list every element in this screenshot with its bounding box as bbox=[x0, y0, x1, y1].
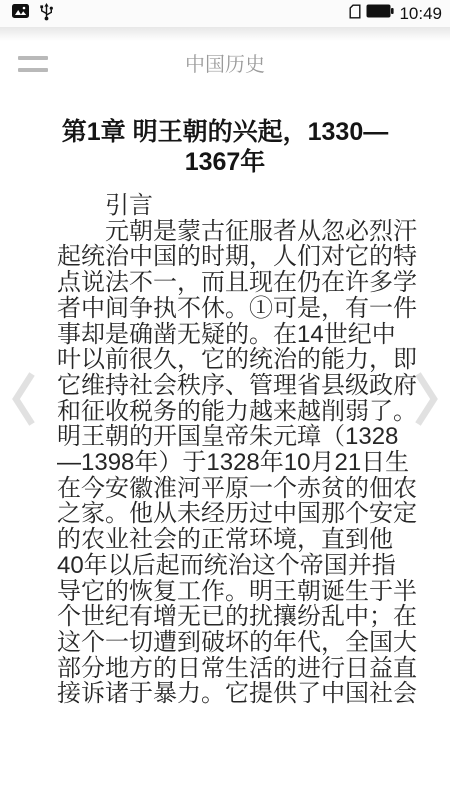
clock-time: 10:49 bbox=[399, 5, 442, 22]
text-line: 导它的恢复工作。明王朝诞生于半 bbox=[57, 579, 430, 605]
chevron-left-icon bbox=[9, 370, 39, 431]
text-line: 部分地方的日常生活的进行日益直 bbox=[57, 656, 430, 682]
text-line: 叶以前很久，它的统治的能力，即 bbox=[57, 347, 430, 373]
text-line: 元朝是蒙古征服者从忽必烈汗 bbox=[57, 219, 430, 245]
app-header: 中国历史 bbox=[0, 27, 450, 97]
chapter-body: 引言 元朝是蒙古征服者从忽必烈汗起统治中国的时期，人们对它的特点说法不一，而且现… bbox=[57, 193, 430, 707]
text-line: 40年以后起而统治这个帝国并指 bbox=[57, 553, 430, 579]
chevron-right-icon bbox=[411, 370, 441, 431]
hamburger-line bbox=[18, 56, 48, 60]
next-page-button[interactable] bbox=[408, 370, 444, 430]
text-line: —1398年）于1328年10月21日生 bbox=[57, 450, 430, 476]
sdcard-icon bbox=[349, 4, 361, 24]
text-line: 者中间争执不休。①可是，有一件 bbox=[57, 296, 430, 322]
text-line: 明王朝的开国皇帝朱元璋（1328 bbox=[57, 424, 430, 450]
gallery-icon bbox=[12, 4, 29, 23]
status-bar-right: 10:49 bbox=[349, 4, 442, 24]
text-line: 这个一切遭到破坏的年代，全国大 bbox=[57, 630, 430, 656]
header-shadow bbox=[0, 27, 450, 41]
chapter-title-line: 1367年 bbox=[185, 148, 266, 176]
usb-icon bbox=[39, 2, 54, 26]
text-line: 个世纪有增无已的扰攘纷乱中；在 bbox=[57, 604, 430, 630]
hamburger-menu-icon[interactable] bbox=[18, 56, 48, 72]
reader-screen: 10:49 中国历史 第1章 明王朝的兴起，1330— 1367年 引言 元朝是… bbox=[0, 0, 450, 800]
text-line: 的农业社会的正常环境，直到他 bbox=[57, 527, 430, 553]
page-content[interactable]: 第1章 明王朝的兴起，1330— 1367年 引言 元朝是蒙古征服者从忽必烈汗起… bbox=[0, 117, 450, 707]
text-line: 在今安徽淮河平原一个赤贫的佃农 bbox=[57, 476, 430, 502]
chapter-title: 第1章 明王朝的兴起，1330— 1367年 bbox=[10, 117, 440, 177]
status-bar-left bbox=[12, 2, 54, 26]
battery-icon bbox=[366, 4, 394, 23]
text-line: 接诉诸于暴力。它提供了中国社会 bbox=[57, 681, 430, 707]
text-line: 它维持社会秩序、管理省县级政府 bbox=[57, 373, 430, 399]
text-line: 事却是确凿无疑的。在14世纪中 bbox=[57, 322, 430, 348]
text-line: 点说法不一，而且现在仍在许多学 bbox=[57, 270, 430, 296]
text-line: 之家。他从未经历过中国那个安定 bbox=[57, 501, 430, 527]
hamburger-line bbox=[18, 68, 48, 72]
text-line: 起统治中国的时期，人们对它的特 bbox=[57, 244, 430, 270]
text-line: 引言 bbox=[57, 193, 430, 219]
status-bar: 10:49 bbox=[0, 0, 450, 27]
chapter-title-line: 第1章 明王朝的兴起，1330— bbox=[62, 118, 388, 146]
prev-page-button[interactable] bbox=[6, 370, 42, 430]
text-line: 和征收税务的能力越来越削弱了。 bbox=[57, 399, 430, 425]
book-title: 中国历史 bbox=[185, 48, 265, 77]
